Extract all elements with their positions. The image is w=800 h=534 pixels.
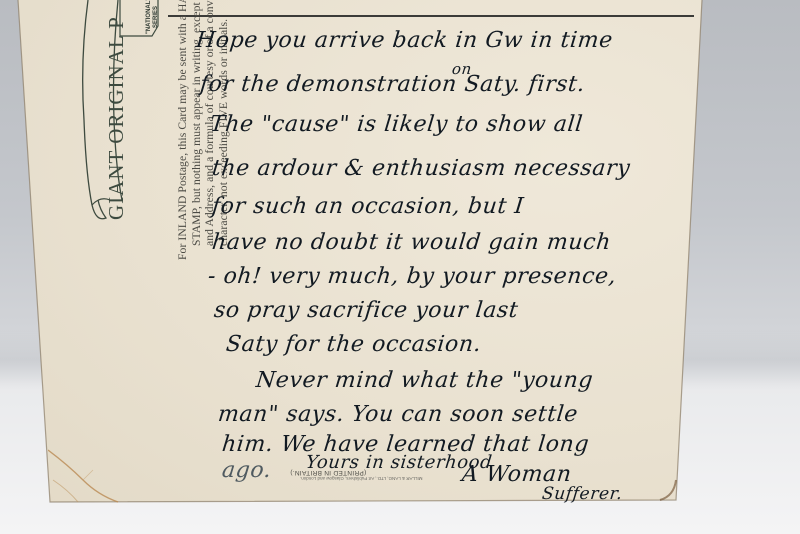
printed-in-britain-imprint: (PRINTED IN BRITAIN.) <box>290 469 366 476</box>
message-line-13: ago. <box>221 458 273 483</box>
series-badge-text: "NATIONAL" SERIES <box>146 0 160 34</box>
message-line-5: for such an occasion, but I <box>211 194 525 219</box>
series-label-national: "NATIONAL" <box>146 0 153 34</box>
message-line-8: so pray sacrifice your last <box>213 298 520 323</box>
top-divider-line <box>168 15 694 17</box>
message-line-11: man" says. You can soon settle <box>217 402 580 427</box>
message-line-2: for the demonstration Saty. first. <box>199 72 587 97</box>
message-line-1: Hope you arrive back in Gw in time <box>195 28 614 53</box>
postal-notice-line: For INLAND Postage, this Card may be sen… <box>176 0 190 260</box>
message-line-3: The "cause" is likely to show all <box>209 112 584 137</box>
message-line-9: Saty for the occasion. <box>225 332 483 357</box>
message-line-6: have no doubt it would gain much <box>211 230 613 255</box>
message-line-7: - oh! very much, by your presence, <box>207 264 618 289</box>
message-signature-2: Sufferer. <box>541 484 624 504</box>
message-line-10: Never mind what the "young <box>255 368 595 393</box>
publisher-imprint: MILLAR & LANG, LTD., Art Publishers, Gla… <box>300 476 422 481</box>
banner-title: GIANT ORIGINAL P <box>104 16 129 220</box>
series-label-series: SERIES <box>153 0 160 34</box>
message-line-4: the ardour & enthusiasm necessary <box>211 156 632 181</box>
